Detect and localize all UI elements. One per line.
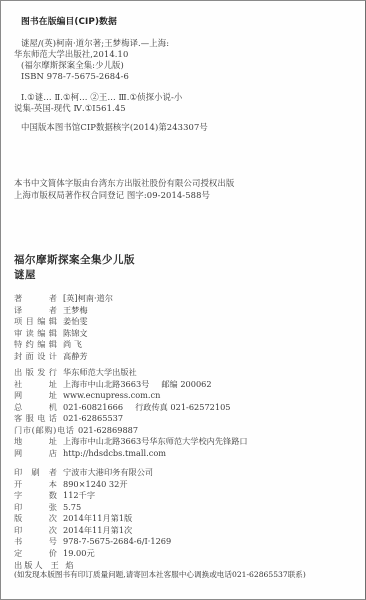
printing-value: 5.75 — [63, 502, 81, 513]
publisher-label: 网址 — [14, 390, 57, 401]
address: 上海市中山北路3663号华东师范大学校内先锋路口 — [63, 436, 248, 447]
printing-value: 890×1240 32开 — [63, 479, 128, 490]
credit-row: 译者 王梦梅 — [14, 305, 88, 316]
credit-value: 高静芳 — [63, 351, 88, 362]
printing-value: 2014年11月第1次 — [63, 525, 132, 536]
publisher-label: 总机 — [14, 402, 57, 413]
printing-row: 印次 2014年11月第1次 — [14, 525, 132, 536]
cip-subject-line: Ⅰ.①谜… Ⅱ.①柯… ②王… Ⅲ.①侦探小说-小 — [21, 92, 182, 103]
phone: 021-62865537 — [63, 413, 123, 424]
postcode: 邮编 200062 — [161, 379, 211, 390]
credit-label: 审读编辑 — [14, 328, 57, 339]
publisher-label: 客服电话 — [14, 413, 57, 424]
credit-label: 项目编辑 — [14, 316, 57, 327]
credit-value: 姜怡雯 — [63, 316, 88, 327]
publisher-label: 地址 — [14, 436, 57, 447]
cip-number: 中国版本图书馆CIP数据核字(2014)第243307号 — [21, 122, 208, 133]
credit-value: [英]柯南·道尔 — [63, 293, 113, 304]
copyright-line: 本书中文简体字版由台湾东方出版社股份有限公司授权出版 — [14, 178, 234, 189]
credit-label: 特约编辑 — [14, 339, 57, 350]
phone: 021-60821666 — [63, 402, 123, 413]
credit-row: 著者 [英]柯南·道尔 — [14, 293, 113, 304]
printing-label: 开本 — [14, 479, 57, 490]
publisher-row: 地址 上海市中山北路3663号华东师范大学校内先锋路口 — [14, 436, 248, 447]
publisher-row: 门市(邮购)电话 021-62869887 — [14, 425, 138, 436]
printing-row: 印刷者 宁波市大港印务有限公司 — [14, 467, 153, 478]
phone: 021-62869887 — [78, 425, 138, 436]
printing-row: 版次 2014年11月第1版 — [14, 513, 132, 524]
online-store: http://hdsdcbs.tmall.com — [63, 448, 166, 459]
printing-label: 书号 — [14, 536, 57, 547]
credit-label: 封面设计 — [14, 351, 57, 362]
isbn-value: 978-7-5675-2684-6/I·1269 — [63, 536, 171, 547]
copyright-line: 上海市版权局著作权合同登记 图字:09-2014-588号 — [14, 190, 210, 201]
quality-notice: (如发现本版图书有印订质量问题,请寄回本社客服中心调换或电话021-628655… — [14, 569, 306, 580]
series-title: 福尔摩斯探案全集少儿版 — [14, 253, 135, 267]
printing-row: 印张 5.75 — [14, 502, 81, 513]
publisher-value: 华东师范大学出版社 — [63, 367, 137, 378]
cip-line: 华东师范大学出版社,2014.10 — [14, 49, 128, 60]
printing-value: 宁波市大港印务有限公司 — [63, 467, 153, 478]
printing-row: 定价 19.00元 — [14, 548, 95, 559]
cip-line: (福尔摩斯探案全集:少儿版) — [21, 60, 124, 71]
printing-label: 字数 — [14, 490, 57, 501]
publisher-row: 出版发行 华东师范大学出版社 — [14, 367, 137, 378]
cip-heading: 图书在版编目(CIP)数据 — [21, 17, 117, 28]
credit-value: 陈锦文 — [63, 328, 88, 339]
credit-value: 王梦梅 — [63, 305, 88, 316]
website: www.ecnupress.com.cn — [63, 390, 160, 401]
credit-row: 特约编辑 尚 飞 — [14, 339, 82, 350]
credit-label: 译者 — [14, 305, 57, 316]
printing-row: 开本 890×1240 32开 — [14, 479, 128, 490]
printing-label: 印张 — [14, 502, 57, 513]
printing-row: 书号 978-7-5675-2684-6/I·1269 — [14, 536, 171, 547]
credit-value: 尚 飞 — [63, 339, 82, 350]
book-title: 谜屋 — [14, 268, 36, 282]
printing-label: 定价 — [14, 548, 57, 559]
printing-label: 版次 — [14, 513, 57, 524]
printing-row: 字数 112千字 — [14, 490, 95, 501]
publisher-row: 客服电话 021-62865537 — [14, 413, 123, 424]
publisher-value: 上海市中山北路3663号 — [63, 379, 149, 390]
printing-value: 2014年11月第1版 — [63, 513, 132, 524]
credit-row: 审读编辑 陈锦文 — [14, 328, 88, 339]
credit-row: 项目编辑 姜怡雯 — [14, 316, 88, 327]
publisher-label: 网店 — [14, 448, 57, 459]
credit-row: 封面设计 高静芳 — [14, 351, 88, 362]
publisher-row: 总机 021-60821666 行政传真 021-62572105 — [14, 402, 231, 413]
credit-label: 著者 — [14, 293, 57, 304]
printing-label: 印次 — [14, 525, 57, 536]
publisher-row: 网址 www.ecnupress.com.cn — [14, 390, 160, 401]
publisher-label: 门市(邮购)电话 — [14, 425, 74, 436]
publisher-label: 出版发行 — [14, 367, 57, 378]
printing-value: 112千字 — [63, 490, 95, 501]
cip-line: 谜屋/(英)柯南·道尔著;王梦梅译.—上海: — [21, 38, 169, 49]
cip-subject-line: 说集-英国-现代 Ⅳ.①I561.45 — [14, 103, 126, 114]
publisher-label: 社址 — [14, 379, 57, 390]
publisher-row: 社址 上海市中山北路3663号 邮编 200062 — [14, 379, 212, 390]
fax: 行政传真 021-62572105 — [135, 402, 230, 413]
copyright-page: 图书在版编目(CIP)数据 谜屋/(英)柯南·道尔著;王梦梅译.—上海: 华东师… — [0, 0, 366, 600]
price-value: 19.00元 — [63, 548, 95, 559]
printing-label: 印刷者 — [14, 467, 57, 478]
publisher-row: 网店 http://hdsdcbs.tmall.com — [14, 448, 166, 459]
cip-isbn: ISBN 978-7-5675-2684-6 — [21, 71, 129, 82]
